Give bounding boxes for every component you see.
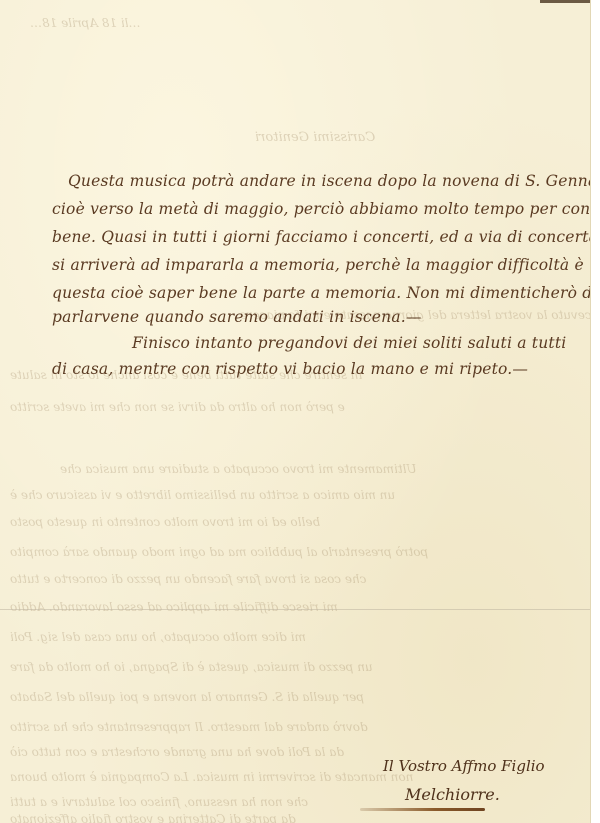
bleed-line: e però non ho altro da dirvi se non che … <box>10 400 345 414</box>
faint-date-header: …li 18 Aprile 18… <box>30 16 141 30</box>
letter-line: si arriverà ad impararla a memoria, perc… <box>52 256 584 274</box>
bleed-line: mi dice molto occupato, ho una casa del … <box>10 630 306 644</box>
letter-line: bene. Quasi in tutti i giorni facciamo i… <box>52 228 591 246</box>
bleed-line: mi riesce difficile mi applico ad esso l… <box>10 600 338 614</box>
letter-signature: Melchiorre. <box>405 785 500 804</box>
letter-page: …li 18 Aprile 18… Carissimi Genitori ric… <box>0 0 591 823</box>
bleed-line: da la Poli dove ha una grande orchestra … <box>10 745 344 759</box>
bleed-salutation: Carissimi Genitori <box>255 130 375 145</box>
bleed-line: un pezzo di musica, questa è di Spagna, … <box>10 660 373 674</box>
letter-line: Finisco intanto pregandovi dei miei soli… <box>132 334 566 352</box>
bleed-line: per quella di S. Gennaro la novena e poi… <box>10 690 364 704</box>
page-edge-shadow <box>540 0 590 3</box>
bleed-line: dovrò andare dal maestro. Il rappresenta… <box>10 720 368 734</box>
paper-fold <box>0 609 590 610</box>
bleed-line: bello ed io mi trovo molto contento in q… <box>10 515 320 529</box>
bleed-line: da parte di Catterina e vostro figlio af… <box>10 812 296 823</box>
bleed-line: che non ha nessuno, finisco col salutarv… <box>10 795 308 809</box>
bleed-line: che cosa si trova fare facendo un pezzo … <box>10 572 366 586</box>
bleed-line: un mio amico a scritto un bellissimo lib… <box>10 488 395 502</box>
letter-line: di casa, mentre con rispetto vi bacio la… <box>52 360 528 378</box>
letter-line: parlarvene quando saremo andati in iscen… <box>52 308 422 326</box>
bleed-line: non mancate di scrivermi in musica. La C… <box>10 770 413 784</box>
letter-closing: Il Vostro Affmo Figlio <box>383 757 545 775</box>
letter-line: questa cioè saper bene la parte a memori… <box>52 284 591 302</box>
bleed-line: Ultimamente mi trovo occupato a studiare… <box>60 462 417 476</box>
bleed-line: potrò presentarlo al pubblico ma ad ogni… <box>10 545 428 559</box>
letter-line: cioè verso la metà di maggio, perciò abb… <box>52 200 591 218</box>
signature-flourish <box>360 808 485 811</box>
letter-line: Questa musica potrà andare in iscena dop… <box>68 172 591 190</box>
